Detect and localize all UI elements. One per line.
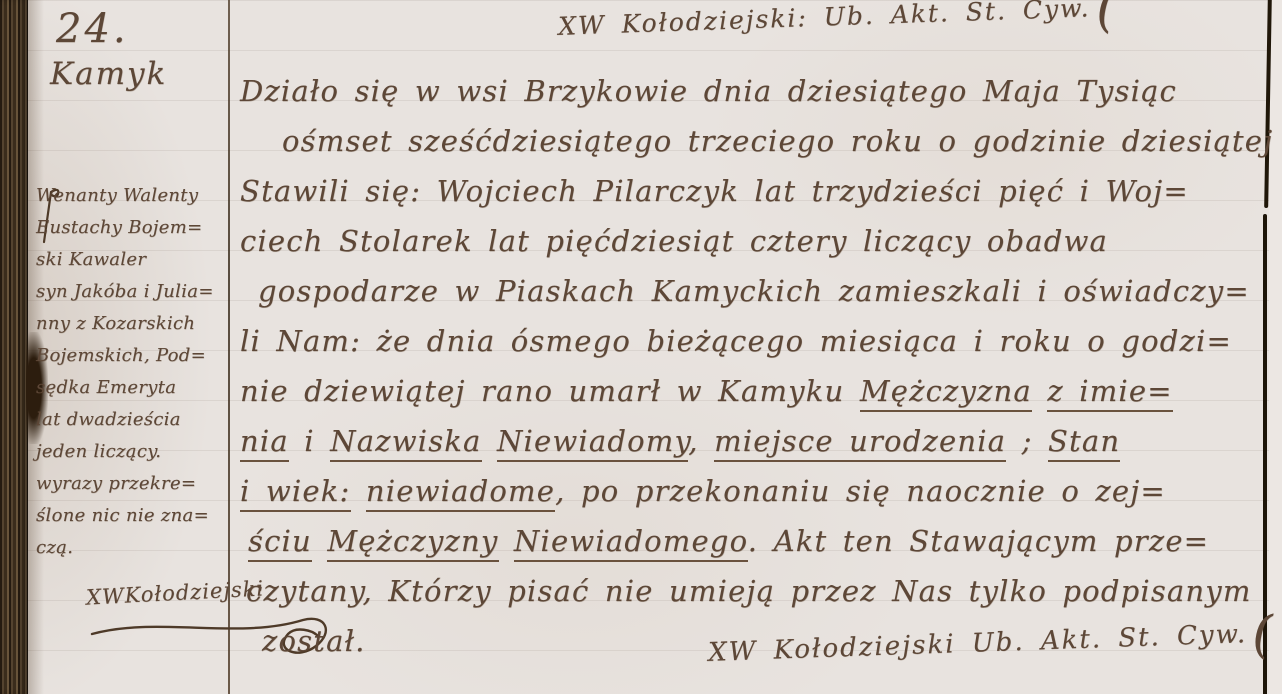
underlined-text: z imie=	[1047, 374, 1172, 412]
record-line: gospodarze w Piaskach Kamyckich zamieszk…	[258, 266, 1256, 316]
record-text	[1032, 374, 1047, 408]
entry-number: 24.	[56, 6, 129, 52]
record-text: . Akt ten Stawającym prze=	[748, 524, 1209, 558]
book-binding	[0, 0, 28, 694]
registrar-signature-bottom-text: XW Kołodziejski Ub. Akt. St. Cyw.	[708, 619, 1248, 668]
margin-note-line: lat dwadzieścia	[36, 404, 236, 436]
record-text	[482, 424, 497, 458]
registrar-signature-top: XW Kołodziejski: Ub. Akt. St. Cyw.(	[558, 0, 1121, 41]
record-text	[499, 524, 514, 558]
margin-note-line: wyrazy przekre=	[36, 468, 236, 500]
record-line: Działo się w wsi Brzykowie dnia dziesiąt…	[240, 66, 1256, 116]
underlined-text: nia	[240, 424, 289, 462]
margin-note-line: sędka Emeryta	[36, 372, 236, 404]
underlined-text: Mężczyzny	[327, 524, 498, 562]
margin-notes: Wenanty WalentyEustachy Bojem=ski Kawale…	[36, 180, 236, 564]
record-body: Działo się w wsi Brzykowie dnia dziesiąt…	[240, 66, 1256, 666]
record-text: czytany, Którzy pisać nie umieją przez N…	[246, 574, 1252, 608]
margin-note-line: ślone nic nie zna=	[36, 500, 236, 532]
margin-note-line: syn Jakóba i Julia=	[36, 276, 236, 308]
underlined-text: Stan	[1048, 424, 1120, 462]
margin-signature: XWKołodziejski	[85, 576, 264, 609]
margin-note-line: ski Kawaler	[36, 244, 236, 276]
underlined-text: Niewiadomy	[497, 424, 688, 462]
margin-note-line: jeden liczący.	[36, 436, 236, 468]
record-text	[351, 474, 366, 508]
registrar-signature-bottom: XW Kołodziejski Ub. Akt. St. Cyw.(	[707, 608, 1278, 678]
record-text: Działo się w wsi Brzykowie dnia dziesiąt…	[240, 74, 1177, 108]
record-line: li Nam: że dnia ósmego bieżącego miesiąc…	[240, 316, 1256, 366]
record-line: ściu Mężczyzny Niewiadomego. Akt ten Sta…	[248, 516, 1256, 566]
place-name: Kamyk	[50, 56, 167, 92]
margin-note-line: czą.	[36, 532, 236, 564]
record-line: ośmset sześćdziesiątego trzeciego roku o…	[282, 116, 1256, 166]
underlined-text: niewiadome	[366, 474, 555, 512]
closing-word: został.	[262, 616, 366, 666]
record-text: nie dziewiątej rano umarł w Kamyku	[240, 374, 860, 408]
record-line: i wiek: niewiadome, po przekonaniu się n…	[240, 466, 1256, 516]
record-text: i	[289, 424, 330, 458]
record-closing-line: został.XW Kołodziejski Ub. Akt. St. Cyw.…	[240, 616, 1256, 666]
record-text: ,	[688, 424, 714, 458]
underlined-text: i wiek:	[240, 474, 351, 512]
signature-flourish-icon: (	[1096, 6, 1118, 11]
registrar-signature-top-text: XW Kołodziejski: Ub. Akt. St. Cyw.	[558, 0, 1091, 41]
record-line: ciech Stolarek lat pięćdziesiąt cztery l…	[240, 216, 1256, 266]
record-text: , po przekonaniu się naocznie o zej=	[555, 474, 1166, 508]
record-text: Stawili się: Wojciech Pilarczyk lat trzy…	[240, 174, 1189, 208]
underlined-text: miejsce urodzenia	[714, 424, 1006, 462]
record-text: gospodarze w Piaskach Kamyckich zamieszk…	[258, 274, 1250, 308]
margin-note-line: Wenanty Walenty	[36, 180, 236, 212]
manuscript-page: 24. Kamyk Wenanty WalentyEustachy Bojem=…	[0, 0, 1282, 694]
margin-note-line: nny z Kozarskich	[36, 308, 236, 340]
record-line: nie dziewiątej rano umarł w Kamyku Mężcz…	[240, 366, 1256, 416]
signature-flourish-icon: (	[1253, 632, 1275, 637]
record-text: ;	[1006, 424, 1048, 458]
record-line: Stawili się: Wojciech Pilarczyk lat trzy…	[240, 166, 1256, 216]
margin-note-line: Bojemskich, Pod=	[36, 340, 236, 372]
record-line: nia i Nazwiska Niewiadomy, miejsce urodz…	[240, 416, 1256, 466]
record-text: ciech Stolarek lat pięćdziesiąt cztery l…	[240, 224, 1108, 258]
record-line: czytany, Którzy pisać nie umieją przez N…	[246, 566, 1256, 616]
record-text: li Nam: że dnia ósmego bieżącego miesiąc…	[240, 324, 1232, 358]
margin-note-line: Eustachy Bojem=	[36, 212, 236, 244]
underlined-text: Nazwiska	[330, 424, 481, 462]
underlined-text: Mężczyzna	[860, 374, 1032, 412]
underlined-text: ściu	[248, 524, 312, 562]
page-right-edge	[1269, 0, 1282, 694]
underlined-text: Niewiadomego	[514, 524, 748, 562]
record-text: ośmset sześćdziesiątego trzeciego roku o…	[282, 124, 1282, 158]
record-text	[312, 524, 327, 558]
